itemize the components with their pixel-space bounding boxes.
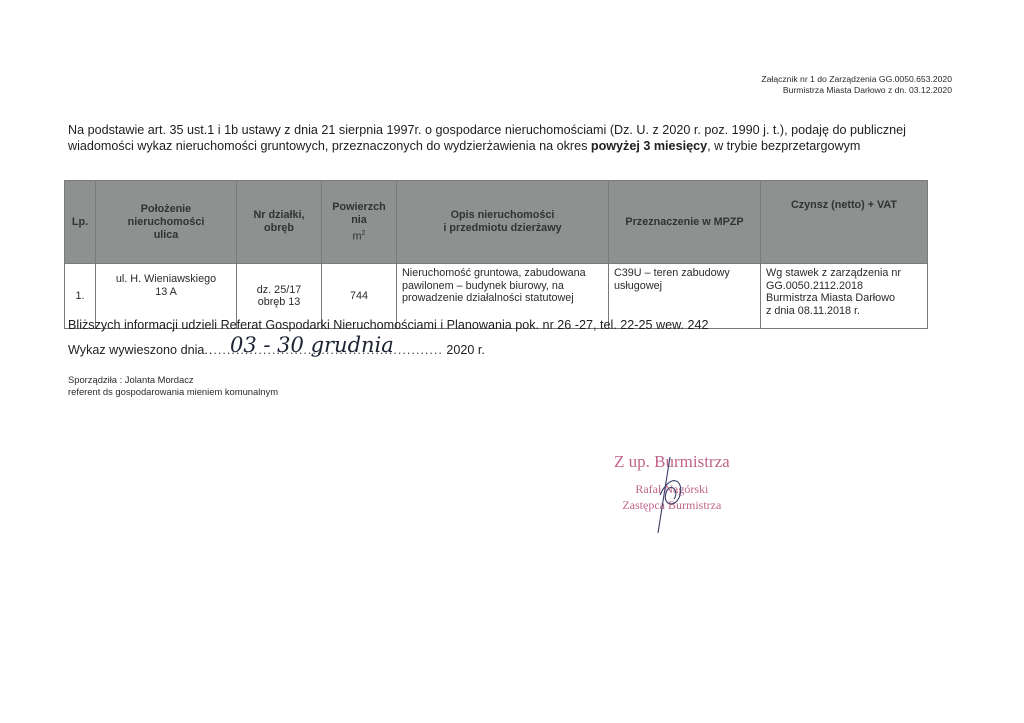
header-mpzp: Przeznaczenie w MPZP: [609, 181, 761, 264]
handwritten-signature-icon: [640, 455, 700, 535]
header-parcel: Nr działki, obręb: [237, 181, 322, 264]
prepared-by: Sporządziła : Jolanta Mordacz referent d…: [68, 374, 278, 398]
intro-paragraph: Na podstawie art. 35 ust.1 i 1b ustawy z…: [68, 122, 948, 154]
annex-line-1: Załącznik nr 1 do Zarządzenia GG.0050.65…: [761, 74, 952, 85]
annex-reference: Załącznik nr 1 do Zarządzenia GG.0050.65…: [761, 74, 952, 96]
header-lp: Lp.: [65, 181, 96, 264]
table-header-row: Lp. Położenie nieruchomości ulica Nr dzi…: [65, 181, 928, 264]
cell-rent: Wg stawek z zarządzenia nr GG.0050.2112.…: [761, 264, 928, 329]
header-description: Opis nieruchomości i przedmiotu dzierżaw…: [397, 181, 609, 264]
contact-info: Bliższych informacji udzieli Referat Gos…: [68, 318, 708, 332]
header-rent: Czynsz (netto) + VAT: [761, 181, 928, 264]
header-location: Położenie nieruchomości ulica: [96, 181, 237, 264]
intro-bold-period: powyżej 3 miesięcy: [591, 139, 707, 153]
header-area: Powierzch nia m2: [322, 181, 397, 264]
handwritten-posting-dates: 03 - 30 grudnia: [230, 333, 394, 357]
property-list-table: Lp. Położenie nieruchomości ulica Nr dzi…: [64, 180, 928, 329]
annex-line-2: Burmistrza Miasta Darłowo z dn. 03.12.20…: [761, 85, 952, 96]
intro-text-end: , w trybie bezprzetargowym: [707, 139, 860, 153]
